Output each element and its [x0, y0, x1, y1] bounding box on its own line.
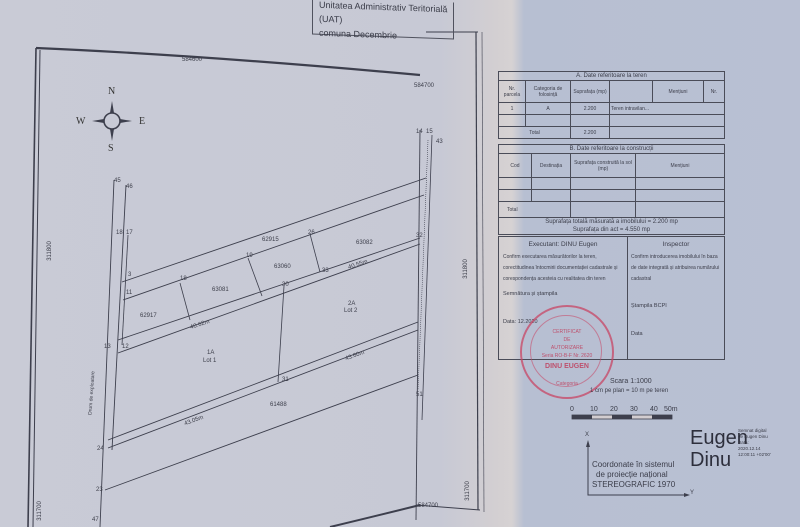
- coord-note-line: STEREOGRAFIC 1970: [592, 480, 675, 490]
- scale-bar: [572, 415, 672, 419]
- executant-title: Executant: DINU Eugen: [503, 241, 623, 248]
- inspector-date-label: Data: [631, 331, 721, 337]
- axis-x: X: [585, 432, 589, 438]
- uat-header: Unitatea Administrativ Teritorială (UAT)…: [312, 0, 454, 39]
- point-label: 31: [282, 377, 289, 383]
- point-label: 18: [180, 276, 187, 282]
- coordinate-system-note: Coordonate în sistemul de proiecție nați…: [592, 460, 675, 490]
- coord-bottom-right: 584700: [418, 503, 438, 509]
- coord-note-line: de proiecție național: [592, 470, 675, 480]
- stamp-name: DINU EUGEN: [522, 363, 612, 370]
- scale-tick: 30: [630, 406, 638, 413]
- cell: Teren intravilan...: [610, 103, 725, 115]
- point-label: 15: [426, 129, 433, 135]
- cell: 2.200: [571, 103, 610, 115]
- col-header: [610, 81, 653, 103]
- bcpi-stamp-label: Ștampila BCPI: [631, 303, 721, 309]
- scale-tick: 20: [610, 406, 618, 413]
- compass-n: N: [108, 86, 115, 97]
- date-label: Data:: [503, 319, 516, 325]
- section-b-title: B. Date referitoare la construcții: [499, 145, 725, 154]
- coord-top-right: 584700: [414, 83, 434, 89]
- point-label: 51: [416, 392, 423, 398]
- point-label: 46: [126, 184, 133, 190]
- col-header: Nr. parcela: [499, 81, 526, 103]
- stamp-text: DE: [522, 337, 612, 343]
- col-header: Mențiuni: [653, 81, 704, 103]
- col-header: Categoria de folosință: [526, 81, 571, 103]
- parcel-label: 63060: [274, 264, 291, 270]
- scale-tick: 10: [590, 406, 598, 413]
- construction-data-table: B. Date referitoare la construcții Cod D…: [498, 144, 725, 235]
- coord-top: 584600: [182, 57, 202, 63]
- axis-y: Y: [690, 490, 694, 496]
- section-a-title: A. Date referitoare la teren: [499, 72, 725, 81]
- coord-right: 311800: [463, 259, 469, 279]
- point-label: 11: [126, 290, 132, 296]
- inspector-title: Inspector: [631, 241, 721, 248]
- authorization-stamp: CERTIFICAT DE AUTORIZARE Seria RO-B-F Nr…: [520, 305, 614, 399]
- compass-w: W: [76, 116, 85, 127]
- total-value: 2.200: [571, 127, 610, 139]
- total-label: Total: [499, 202, 571, 218]
- point-label: 18: [116, 230, 123, 236]
- total-label: Total: [499, 127, 571, 139]
- point-label: 3: [128, 272, 131, 278]
- parcel-label: 2A: [348, 301, 355, 307]
- signature-label: Semnătura și ștampila: [503, 291, 623, 297]
- point-label: 43: [436, 139, 443, 145]
- parcel-label: 63081: [212, 287, 229, 293]
- parcel-label: 62915: [262, 237, 279, 243]
- point-label: 14: [416, 129, 423, 135]
- point-label: 33: [322, 268, 329, 274]
- parcel-lot: Lot 2: [344, 308, 357, 314]
- signature-meta: Semnat digital de Eugen Dinu Data: 2020.…: [738, 428, 771, 458]
- parcel-label: 63082: [356, 240, 373, 246]
- point-label: 30: [282, 282, 289, 288]
- coord-note-line: Coordonate în sistemul: [592, 460, 675, 470]
- scale-ratio: Scara 1:1000: [610, 378, 652, 385]
- col-header: Nr.: [704, 81, 725, 103]
- coord-left: 311800: [47, 241, 53, 261]
- total-measured: Suprafața totală măsurată a imobilului =…: [499, 218, 725, 227]
- cell: 1: [499, 103, 526, 115]
- parcel-label: 1A: [207, 350, 214, 356]
- point-label: 19: [246, 253, 253, 259]
- scale-tick: 40: [650, 406, 658, 413]
- scale-note: 1 cm pe plan = 10 m pe teren: [590, 388, 668, 394]
- scale-tick: 0: [570, 406, 574, 413]
- compass-rose-icon: [92, 101, 132, 141]
- compass-e: E: [139, 116, 145, 127]
- parcel-label: 61488: [270, 402, 287, 408]
- scale-tick: 50m: [664, 406, 678, 413]
- coord-bottom-right-side: 311700: [465, 481, 471, 501]
- executant-text: Confirm executarea măsurătorilor la tere…: [503, 252, 623, 285]
- point-label: 45: [114, 178, 121, 184]
- point-label: 17: [126, 230, 133, 236]
- stamp-text: Seria RO-B-F Nr. 2620: [522, 353, 612, 359]
- sig-meta-line: 12:00:11 +02'00': [738, 452, 771, 458]
- point-label: 26: [308, 230, 315, 236]
- point-label: 23: [96, 487, 103, 493]
- area-from-deed: Suprafața din act = 4.550 mp: [499, 226, 725, 235]
- frame-top: [36, 48, 420, 75]
- col-header: Suprafața construită la sol (mp): [571, 154, 636, 178]
- land-data-table: A. Date referitoare la teren Nr. parcela…: [498, 71, 725, 139]
- col-header: Cod: [499, 154, 532, 178]
- col-header: Destinația: [532, 154, 571, 178]
- stamp-text: CERTIFICAT: [522, 329, 612, 335]
- stamp-text: Categoria: [522, 381, 612, 387]
- point-label: 47: [92, 517, 99, 523]
- parcel-lot: Lot 1: [203, 358, 216, 364]
- coord-bottom-left: 311700: [37, 501, 43, 521]
- col-header: Mențiuni: [636, 154, 725, 178]
- inspector-text: Confirm introducerea imobilului în baza …: [631, 252, 721, 285]
- col-header: Suprafața (mp): [571, 81, 610, 103]
- point-label: 32: [416, 233, 423, 239]
- parcel-label: 62917: [140, 313, 157, 319]
- stamp-text: AUTORIZARE: [522, 345, 612, 351]
- point-label: 13: [104, 344, 111, 350]
- point-label: 12: [122, 344, 129, 350]
- compass-s: S: [108, 143, 114, 154]
- cell: A: [526, 103, 571, 115]
- point-label: 24: [97, 446, 104, 452]
